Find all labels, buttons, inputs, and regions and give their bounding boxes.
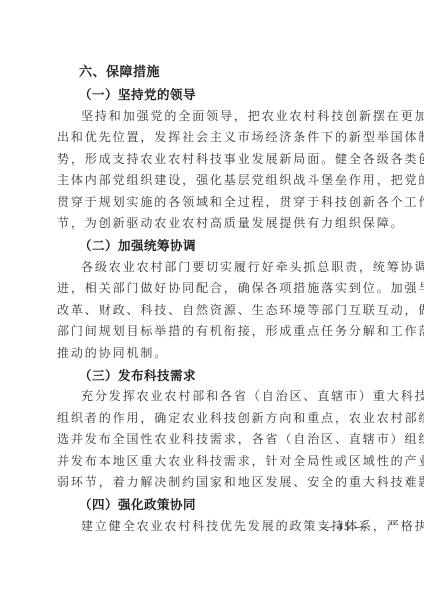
paragraph-coordination: 各级农业农村部门要切实履行好牵头抓总职责，统筹协调推 进，相关部门做好协同配合，… xyxy=(57,257,369,365)
paragraph-line: 改革、财政、科技、自然资源、生态环境等部门互联互动，做好不同 xyxy=(57,300,369,322)
subsection-heading-leadership: （一）坚持党的领导 xyxy=(57,84,369,106)
paragraph-tech-demand: 充分发挥农业农村部和各省（自治区、直辖市）重大科技创新 组织者的作用，确定农业科… xyxy=(57,386,369,494)
paragraph-leadership: 坚持和加强党的全面领导，把农业农村科技创新摆在更加突 出和优先位置，发挥社会主义… xyxy=(57,106,369,236)
paragraph-line: 充分发挥农业农村部和各省（自治区、直辖市）重大科技创新 xyxy=(57,386,369,408)
paragraph-line: 各级农业农村部门要切实履行好牵头抓总职责，统筹协调推 xyxy=(57,257,369,279)
paragraph-line: 进，相关部门做好协同配合，确保各项措施落实到位。加强与发展 xyxy=(57,278,369,300)
paragraph-line: 坚持和加强党的全面领导，把农业农村科技创新摆在更加突 xyxy=(57,106,369,128)
section-title: 六、保障措施 xyxy=(57,62,369,84)
document-page: 六、保障措施 （一）坚持党的领导 坚持和加强党的全面领导，把农业农村科技创新摆在… xyxy=(57,62,369,537)
paragraph-line: 部门间规划目标举措的有机衔接，形成重点任务分解和工作落实 xyxy=(57,321,369,343)
subsection-heading-coordination: （二）加强统筹协调 xyxy=(57,235,369,257)
paragraph-line: 并发布本地区重大农业科技需求，针对全局性或区域性的产业薄 xyxy=(57,451,369,473)
page-number: — 45 — xyxy=(320,519,368,534)
paragraph-line: 出和优先位置，发挥社会主义市场经济条件下的新型举国体制优 xyxy=(57,127,369,149)
paragraph-line: 组织者的作用，确定农业科技创新方向和重点，农业农村部组织遴 xyxy=(57,408,369,430)
paragraph-line: 节，为创新驱动农业农村高质量发展提供有力组织保障。 xyxy=(57,213,369,235)
paragraph-line: 选并发布全国性农业科技需求，各省（自治区、直辖市）组织遴选 xyxy=(57,429,369,451)
subsection-heading-tech-demand: （三）发布科技需求 xyxy=(57,365,369,387)
subsection-heading-policy: （四）强化政策协同 xyxy=(57,494,369,516)
paragraph-line: 势，形成支持农业农村科技事业发展新局面。健全各级各类创新 xyxy=(57,149,369,171)
paragraph-line: 贯穿于规划实施的各领域和全过程，贯穿于科技创新各个工作环 xyxy=(57,192,369,214)
paragraph-line: 推动的协同机制。 xyxy=(57,343,369,365)
paragraph-line: 主体内部党组织建设，强化基层党组织战斗堡垒作用，把党的领导 xyxy=(57,170,369,192)
paragraph-line: 弱环节，着力解决制约国家和地区发展、安全的重大科技难题。 xyxy=(57,472,369,494)
